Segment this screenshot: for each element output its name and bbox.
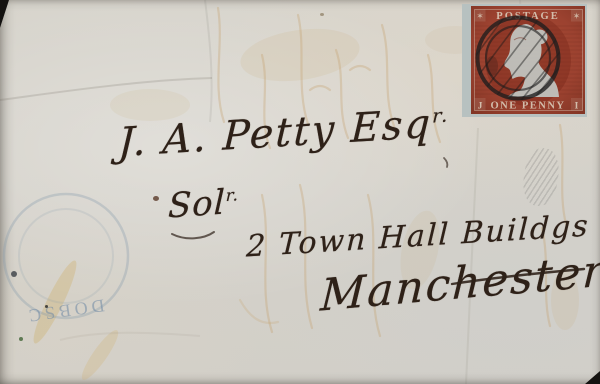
stamp-corner-letter-j: J xyxy=(478,102,483,112)
grey-smudge-mark xyxy=(520,146,562,208)
address-line-1: J. A. Petty Esqr. xyxy=(117,100,450,166)
address-line-2-text: Sol xyxy=(167,182,226,226)
maltese-cross-ornament-left-icon: ✶ xyxy=(476,12,484,22)
blue-circular-handstamp: DOBSC xyxy=(4,194,128,326)
ink-speck xyxy=(11,271,17,277)
penny-red-stamp: POSTAGE ✶ ✶ ONE PENNY J I xyxy=(462,4,587,117)
envelope: DOBSC J. A. Petty Esqr. Solr. 2 Town Hal… xyxy=(0,0,600,384)
photo-frame: DOBSC J. A. Petty Esqr. Solr. 2 Town Hal… xyxy=(0,0,600,384)
address-line-1-text: J. A. Petty Esq xyxy=(117,101,433,166)
stamp-value-label: ONE PENNY xyxy=(490,101,565,112)
address-line-2: Solr. xyxy=(167,181,239,226)
address-line-2-superscript: r. xyxy=(225,185,239,205)
ink-speck xyxy=(320,13,324,16)
ink-speck xyxy=(19,337,23,341)
handstamp-letters: DOBSC xyxy=(24,295,106,326)
stamp-corner-letter-i: I xyxy=(575,102,579,112)
crease-lines xyxy=(0,0,524,384)
solr-underline-flourish xyxy=(172,232,214,238)
address-line-1-superscript: r. xyxy=(432,103,450,127)
ink-speck xyxy=(153,196,159,201)
ink-speck xyxy=(45,305,48,308)
maltese-cross-ornament-right-icon: ✶ xyxy=(573,12,581,22)
esq-period-flourish xyxy=(444,158,447,167)
